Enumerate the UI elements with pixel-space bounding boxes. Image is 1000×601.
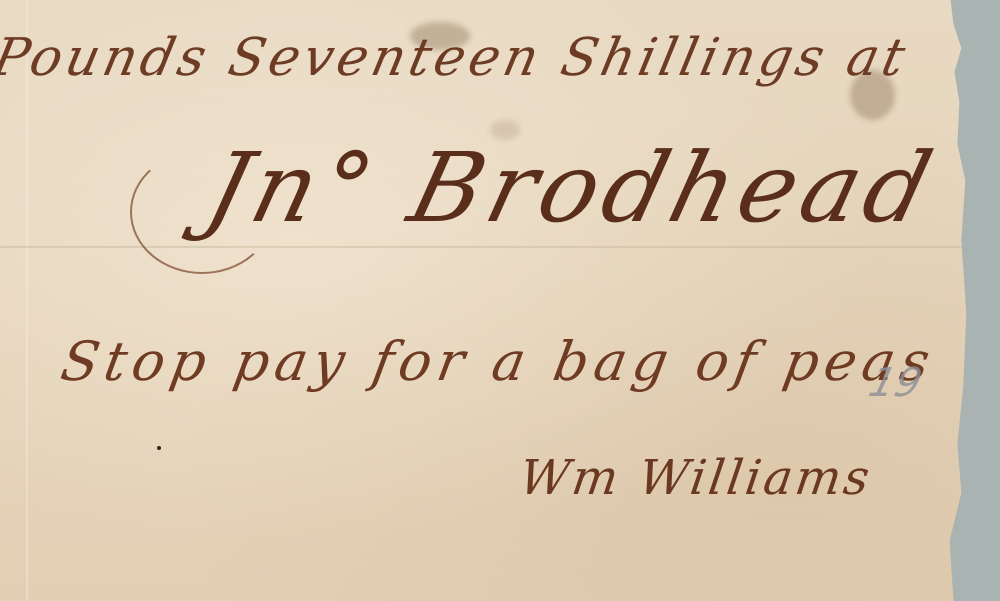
text-line-stop-pay: Stop pay for a bag of peas	[56, 330, 940, 393]
vertical-fold-crease	[26, 0, 28, 601]
pencil-page-number: 19	[864, 360, 926, 406]
paper-sheet: Pounds Seventeen Shillings at Jn° Brodhe…	[0, 0, 985, 601]
signature-williams: Wm Williams	[516, 450, 876, 506]
text-line-pounds-shillings: Pounds Seventeen Shillings at	[0, 28, 914, 88]
ink-speck	[157, 446, 161, 450]
signature-brodhead: Jn° Brodhead	[196, 132, 948, 244]
